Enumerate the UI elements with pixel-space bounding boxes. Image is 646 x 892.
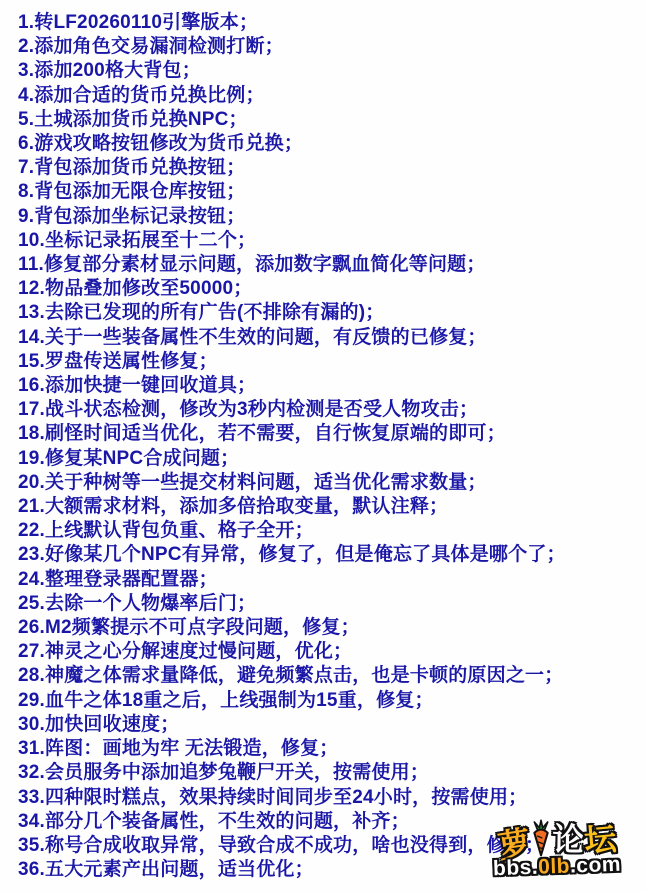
changelog-line: 11.修复部分素材显示问题，添加数字飘血简化等问题；: [18, 253, 642, 277]
changelog-line: 18.刷怪时间适当优化，若不需要，自行恢复原端的即可；: [18, 422, 642, 446]
changelog-page: 1.转LF20260110引擎版本；2.添加角色交易漏洞检测打断；3.添加200…: [0, 0, 646, 892]
changelog-line: 10.坐标记录拓展至十二个；: [18, 229, 642, 253]
changelog-line: 22.上线默认背包负重、格子全开；: [18, 519, 642, 543]
changelog-line: 20.关于种树等一些提交材料问题，适当优化需求数量；: [18, 471, 642, 495]
changelog-line: 15.罗盘传送属性修复；: [18, 350, 642, 374]
logo-char-lun: 论: [552, 823, 585, 856]
changelog-line: 17.战斗状态检测，修改为3秒内检测是否受人物攻击；: [18, 398, 642, 422]
changelog-line: 30.加快回收速度；: [18, 713, 642, 737]
changelog-line: 19.修复某NPC合成问题；: [18, 447, 642, 471]
changelog-line: 16.添加快捷一键回收道具；: [18, 374, 642, 398]
changelog-line: 3.添加200格大背包；: [18, 59, 642, 83]
changelog-line: 31.阵图：画地为牢 无法锻造，修复；: [18, 737, 642, 761]
changelog-line: 7.背包添加货币兑换按钮；: [18, 156, 642, 180]
carrot-icon: [531, 819, 551, 857]
changelog-line: 1.转LF20260110引擎版本；: [18, 11, 642, 35]
changelog-line: 23.好像某几个NPC有异常，修复了，但是俺忘了具体是哪个了；: [18, 543, 642, 567]
changelog-line: 5.土城添加货币兑换NPC；: [18, 108, 642, 132]
changelog-line: 32.会员服务中添加追梦兔鞭尸开关，按需使用；: [18, 761, 642, 785]
changelog-line: 4.添加合适的货币兑换比例；: [18, 84, 642, 108]
changelog-line: 21.大额需求材料，添加多倍拾取变量，默认注释；: [18, 495, 642, 519]
changelog-line: 26.M2频繁提示不可点字段问题，修复；: [18, 616, 642, 640]
changelog-line: 25.去除一个人物爆率后门；: [18, 592, 642, 616]
changelog-line: 24.整理登录器配置器；: [18, 568, 642, 592]
changelog-line: 8.背包添加无限仓库按钮；: [18, 180, 642, 204]
changelog-line: 9.背包添加坐标记录按钮；: [18, 205, 642, 229]
url-highlight: 0lb: [538, 855, 571, 879]
changelog-line: 13.去除已发现的所有广告(不排除有漏的)；: [18, 301, 642, 325]
changelog-line: 33.四种限时糕点，效果持续时间同步至24小时，按需使用；: [18, 786, 642, 810]
changelog-line: 12.物品叠加修改至50000；: [18, 277, 642, 301]
changelog-line: 14.关于一些装备属性不生效的问题，有反馈的已修复；: [18, 326, 642, 350]
changelog-list: 1.转LF20260110引擎版本；2.添加角色交易漏洞检测打断；3.添加200…: [18, 11, 642, 882]
changelog-line: 28.神魔之体需求量降低，避免频繁点击，也是卡顿的原因之一；: [18, 664, 642, 688]
forum-watermark: 萝 论 坛 bbs.0lb.com: [476, 816, 638, 886]
url-prefix: bbs.: [493, 856, 539, 881]
changelog-line: 2.添加角色交易漏洞检测打断；: [18, 35, 642, 59]
changelog-line: 29.血牛之体18重之后，上线强制为15重，修复；: [18, 689, 642, 713]
watermark-site-url: bbs.0lb.com: [476, 853, 639, 880]
changelog-line: 6.游戏攻略按钮修改为货币兑换；: [18, 132, 642, 156]
logo-char-tan: 坛: [583, 822, 618, 857]
url-suffix: .com: [570, 853, 622, 878]
changelog-line: 27.神灵之心分解速度过慢问题，优化；: [18, 640, 642, 664]
